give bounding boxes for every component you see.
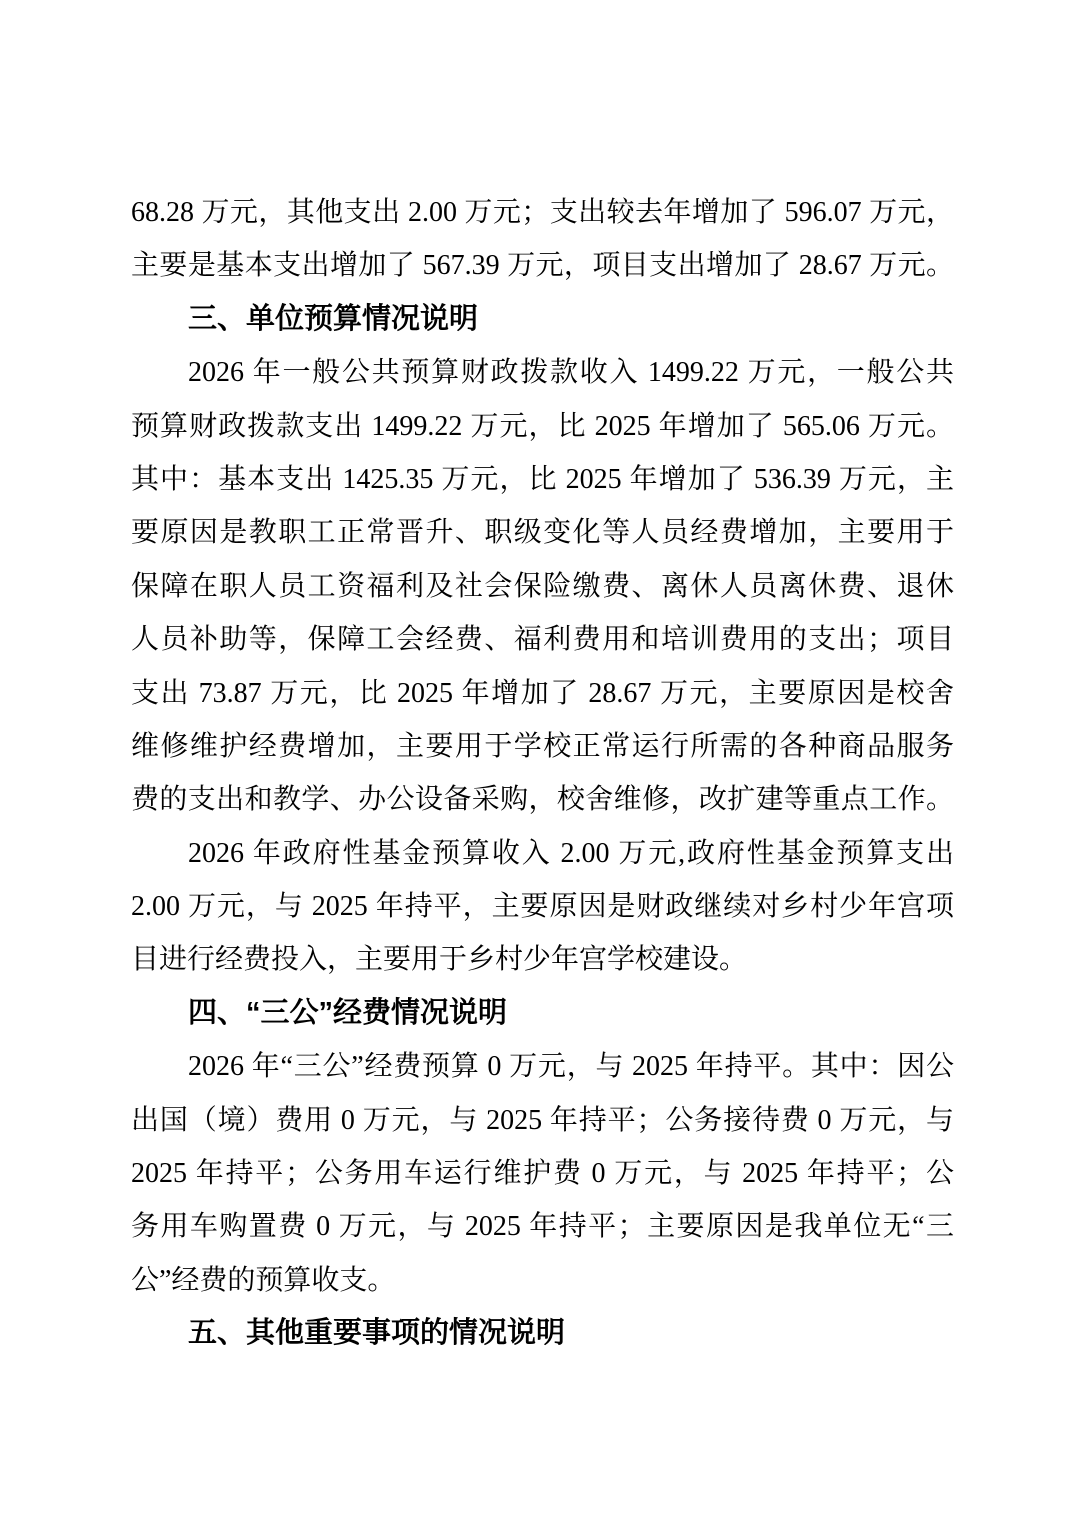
text-line: 出国（境）费用 0 万元，与 2025 年持平；公务接待费 0 万元，与 — [131, 1094, 954, 1147]
text-line: 人员补助等，保障工会经费、福利费用和培训费用的支出；项目 — [131, 613, 954, 666]
text-line: 主要是基本支出增加了 567.39 万元，项目支出增加了 28.67 万元。 — [131, 239, 954, 292]
text-line: 目进行经费投入，主要用于乡村少年宫学校建设。 — [131, 933, 954, 986]
text-line: 务用车购置费 0 万元，与 2025 年持平；主要原因是我单位无“三 — [131, 1200, 954, 1253]
paragraph-general-public-budget: 2026 年一般公共预算财政拨款收入 1499.22 万元，一般公共预算财政拨款… — [131, 346, 954, 827]
paragraph-government-fund-budget: 2026 年政府性基金预算收入 2.00 万元,政府性基金预算支出2.00 万元… — [131, 827, 954, 987]
document-body: 68.28 万元，其他支出 2.00 万元；支出较去年增加了 596.07 万元… — [131, 186, 954, 1361]
text-line: 68.28 万元，其他支出 2.00 万元；支出较去年增加了 596.07 万元… — [131, 186, 954, 239]
text-line: 预算财政拨款支出 1499.22 万元，比 2025 年增加了 565.06 万… — [131, 400, 954, 453]
text-line: 公”经费的预算收支。 — [131, 1254, 954, 1307]
section-heading-5-other-important-matters: 五、其他重要事项的情况说明 — [131, 1307, 954, 1360]
section-heading-3-unit-budget: 三、单位预算情况说明 — [131, 293, 954, 346]
paragraph-three-public-funds: 2026 年“三公”经费预算 0 万元，与 2025 年持平。其中：因公出国（境… — [131, 1040, 954, 1307]
text-line: 2025 年持平；公务用车运行维护费 0 万元，与 2025 年持平；公 — [131, 1147, 954, 1200]
text-line: 2026 年“三公”经费预算 0 万元，与 2025 年持平。其中：因公 — [131, 1040, 954, 1093]
text-line: 要原因是教职工正常晋升、职级变化等人员经费增加，主要用于 — [131, 506, 954, 559]
document-page: 68.28 万元，其他支出 2.00 万元；支出较去年增加了 596.07 万元… — [0, 0, 1074, 1520]
text-line: 2026 年一般公共预算财政拨款收入 1499.22 万元，一般公共 — [131, 346, 954, 399]
text-line: 支出 73.87 万元，比 2025 年增加了 28.67 万元，主要原因是校舍 — [131, 667, 954, 720]
text-line: 2026 年政府性基金预算收入 2.00 万元,政府性基金预算支出 — [131, 827, 954, 880]
text-line: 其中：基本支出 1425.35 万元，比 2025 年增加了 536.39 万元… — [131, 453, 954, 506]
section-heading-4-three-public-funds: 四、“三公”经费情况说明 — [131, 987, 954, 1040]
paragraph-expenditure-continuation: 68.28 万元，其他支出 2.00 万元；支出较去年增加了 596.07 万元… — [131, 186, 954, 293]
text-line: 费的支出和教学、办公设备采购，校舍维修，改扩建等重点工作。 — [131, 773, 954, 826]
text-line: 维修维护经费增加，主要用于学校正常运行所需的各种商品服务 — [131, 720, 954, 773]
text-line: 保障在职人员工资福利及社会保险缴费、离休人员离休费、退休 — [131, 560, 954, 613]
text-line: 2.00 万元，与 2025 年持平，主要原因是财政继续对乡村少年宫项 — [131, 880, 954, 933]
